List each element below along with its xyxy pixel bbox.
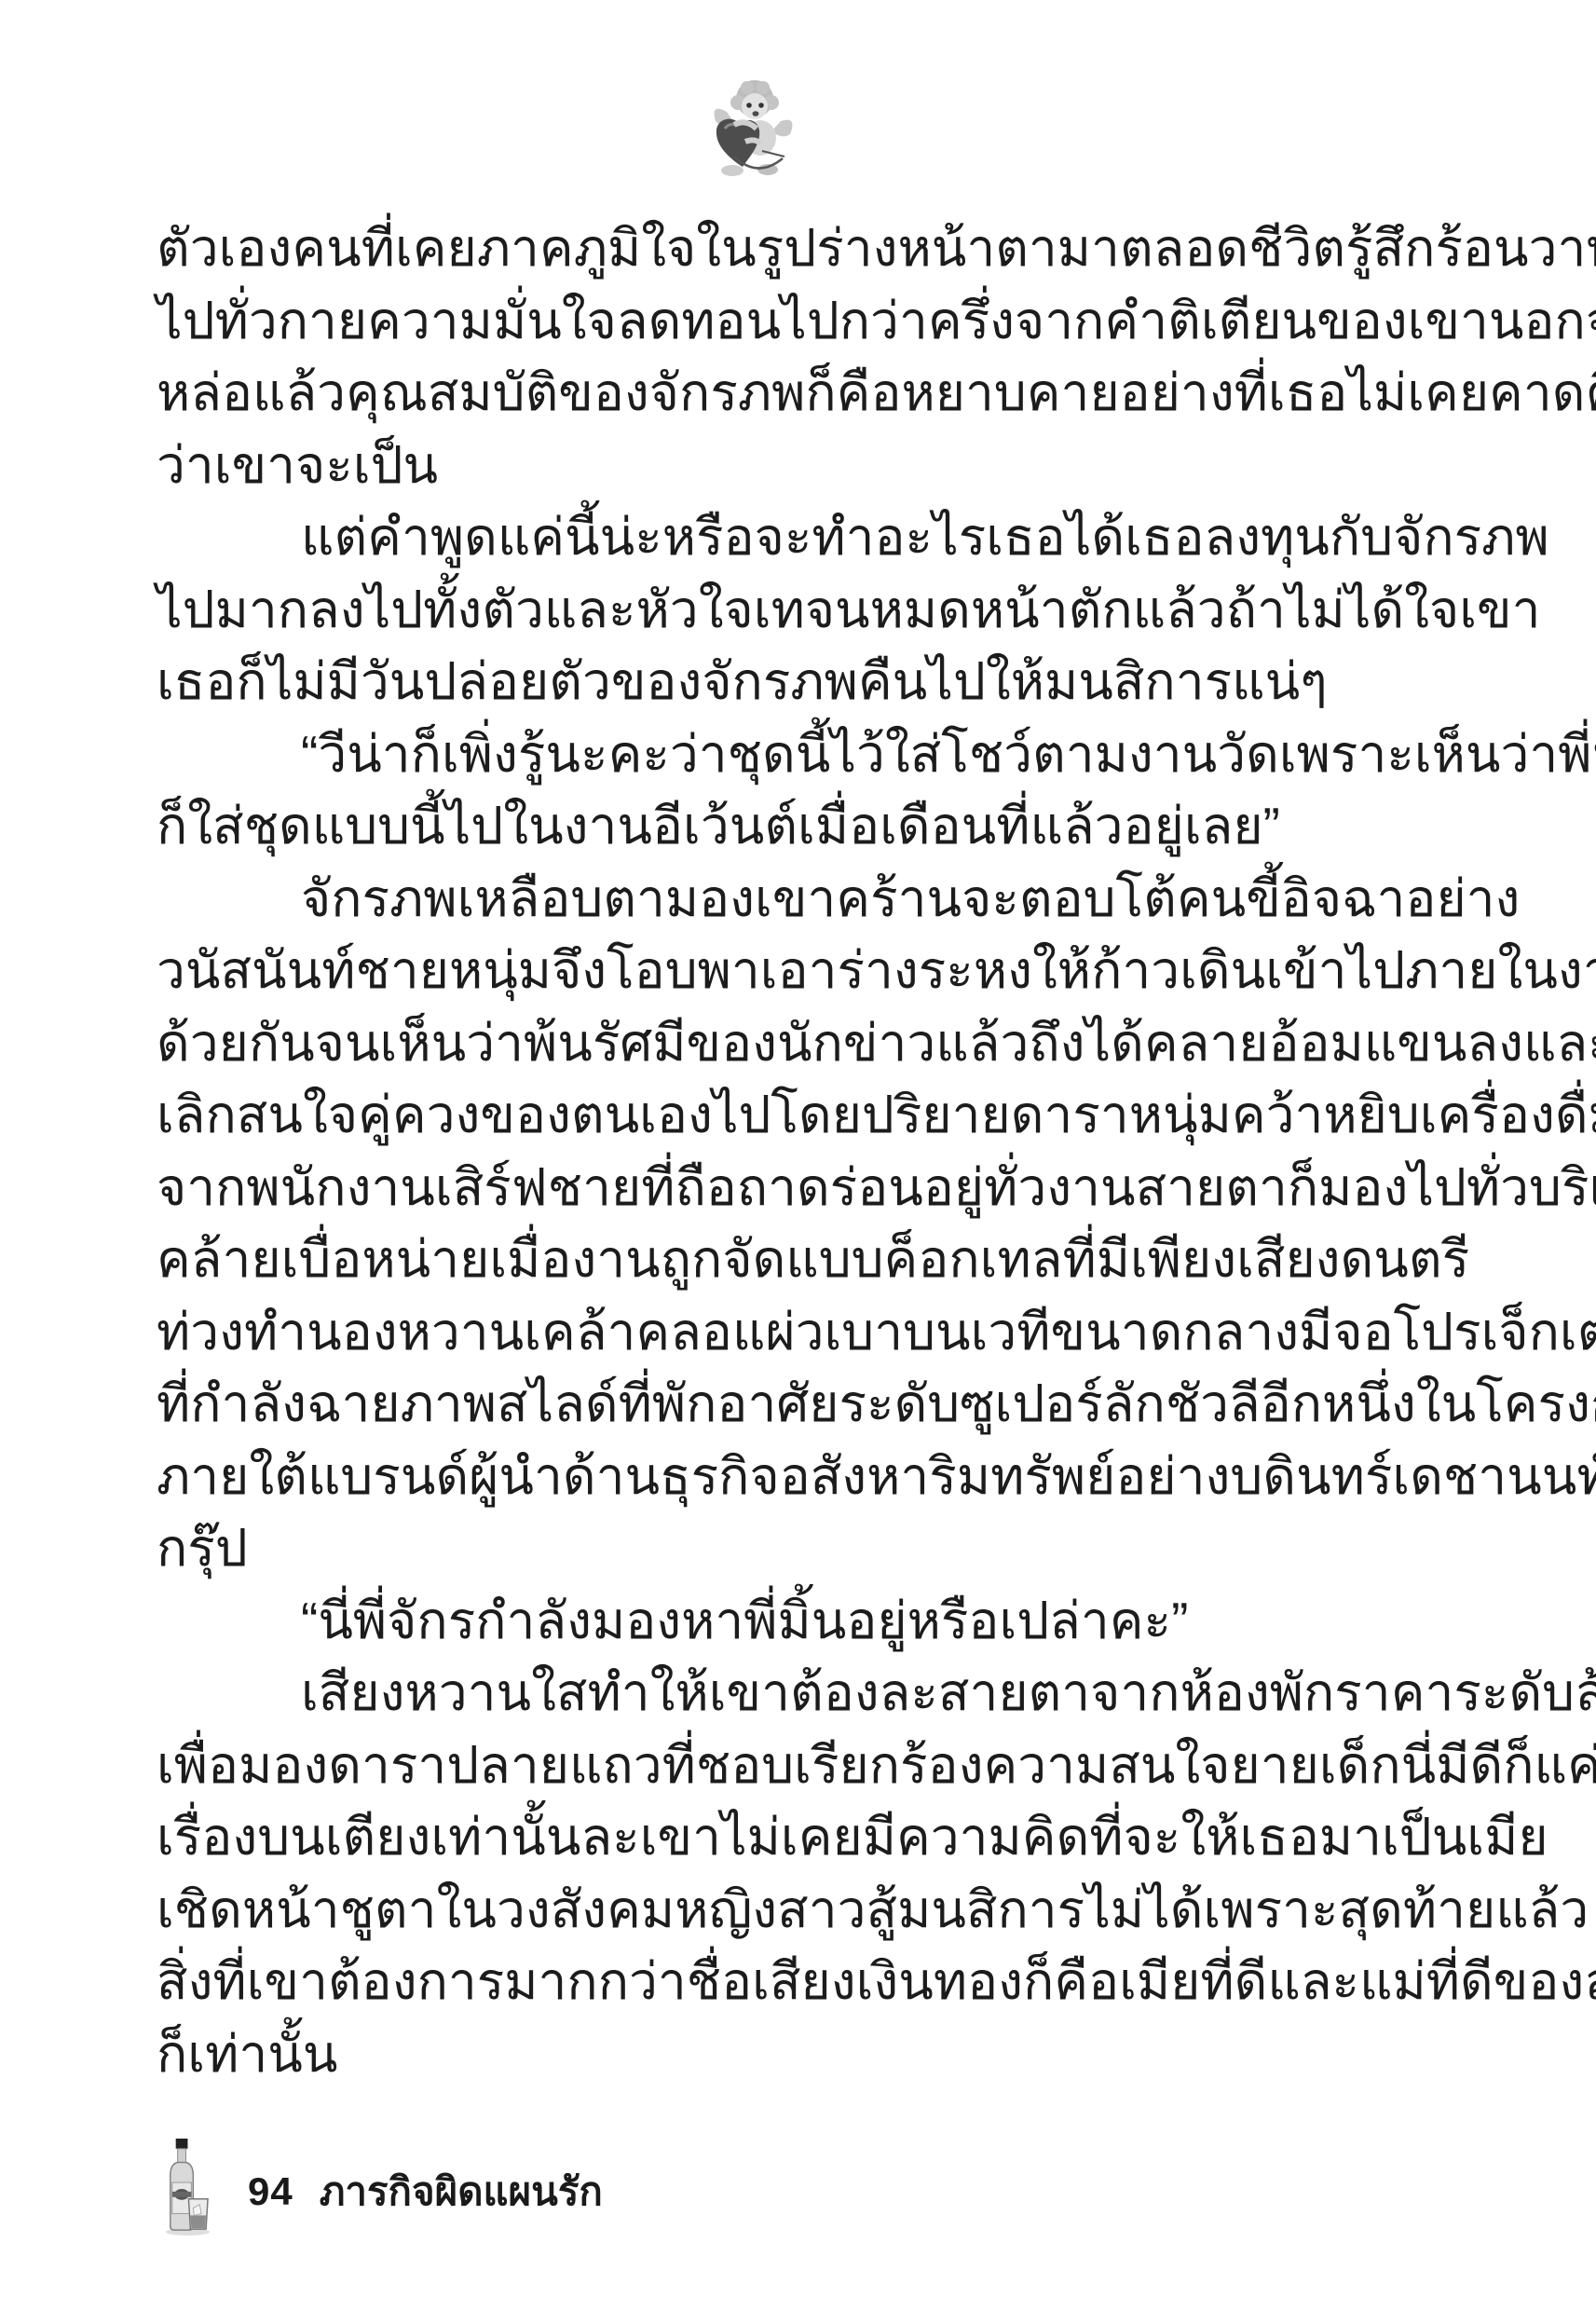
text-line: ด้วยกันจนเห็นว่าพ้นรัศมีของนักข่าวแล้วถึ… — [157, 1007, 1325, 1080]
text-line: เรื่องบนเตียงเท่านั้นละเขาไม่เคยมีความคิ… — [157, 1801, 1325, 1874]
text-segment: ที่มีเพียงเสียงดนตรี — [1062, 1224, 1469, 1296]
text-segment: ความมั่นใจลดทอนไปกว่าครึ่งจากคำติเตียนขอ… — [367, 285, 1489, 358]
bottle-glass-icon — [160, 2137, 211, 2237]
text-line: เสียงหวานใสทำให้เขาต้องละสายตาจากห้องพัก… — [157, 1657, 1325, 1730]
text-line: ไปทั่วกายความมั่นใจลดทอนไปกว่าครึ่งจากคำ… — [157, 285, 1325, 358]
text-segment: ตัวเอง — [157, 212, 292, 285]
text-segment: เธอลงทุนกับจักรภพ — [1125, 501, 1549, 574]
text-segment: คุณสมบัติของจักรภพก็คือหยาบคายอย่างที่เธ… — [346, 357, 1596, 430]
text-segment: หล่อแล้ว — [157, 357, 346, 430]
footer-text: 94 ภารกิจผิดแผนรัก — [248, 2161, 603, 2222]
text-segment: “วีน่าก็เพิ่งรู้นะคะว่าชุดนี้ไว้ใส่โชว์ต… — [301, 718, 1279, 791]
text-segment: แต่คำพูดแค่นี้น่ะหรือจะทำอะไรเธอได้ — [301, 501, 1125, 574]
text-line: ท่วงทำนองหวานเคล้าคลอแผ่วเบาบนเวทีขนาดกล… — [157, 1296, 1325, 1369]
text-segment: จากพนักงานเสิร์ฟชายที่ถือถาดร่อนอยู่ทั่ว… — [157, 1152, 1136, 1224]
text-segment: เมื่องานถูกจัดแบบค็อกเทล — [489, 1224, 1062, 1296]
text-segment: นอกจาก — [1489, 285, 1596, 358]
book-title: ภารกิจผิดแผนรัก — [320, 2161, 603, 2222]
text-segment: เชิดหน้าชูตาในวงสังคม — [157, 1874, 675, 1947]
text-line: เพื่อมองดาราปลายแถวที่ชอบเรียกร้องความสน… — [157, 1730, 1325, 1802]
body-text: ตัวเองคนที่เคยภาคภูมิใจในรูปร่างหน้าตามา… — [157, 212, 1325, 2090]
text-line: สิ่งที่เขาต้องการมากกว่าชื่อเสียงเงินทอง… — [157, 1946, 1325, 2018]
text-segment: เทจนหมดหน้าตักแล้ว — [754, 574, 1226, 647]
text-segment: หญิงสาวสู้มนสิการไม่ได้ — [675, 1874, 1203, 1947]
text-line: ไปมากลงไปทั้งตัวและหัวใจเทจนหมดหน้าตักแล… — [157, 574, 1325, 647]
text-segment: ไปทั่วกาย — [157, 285, 367, 358]
text-line: เชิดหน้าชูตาในวงสังคมหญิงสาวสู้มนสิการไม… — [157, 1874, 1325, 1947]
text-line: หล่อแล้วคุณสมบัติของจักรภพก็คือหยาบคายอย… — [157, 357, 1325, 430]
text-segment: ชายหนุ่มจึงโอบพาเอาร่างระหงให้ก้าวเดินเข… — [356, 935, 1596, 1007]
text-segment: ลงไปทั้งตัวและหัวใจ — [308, 574, 754, 647]
text-segment: เขาคร้านจะตอบโต้คนขี้อิจฉาอย่าง — [755, 863, 1520, 936]
text-line: จากพนักงานเสิร์ฟชายที่ถือถาดร่อนอยู่ทั่ว… — [157, 1152, 1325, 1224]
text-segment: สิ่งที่เขาต้องการมากกว่าชื่อเสียงเงินทอง… — [157, 1946, 1267, 2018]
text-segment: และแม่ที่ดีของลูก — [1267, 1946, 1596, 2018]
text-line: กรุ๊ป — [157, 1512, 1325, 1585]
page-footer: 94 ภารกิจผิดแผนรัก — [160, 2137, 603, 2237]
text-segment: และ — [1523, 1007, 1596, 1080]
text-line: เธอก็ไม่มีวันปล่อยตัวของจักรภพคืนไปให้มน… — [157, 646, 1325, 718]
text-segment: ดาราหนุ่มคว้าหยิบเครื่องดื่ม — [1011, 1079, 1596, 1152]
text-segment: จักรภพเหลือบตามอง — [301, 863, 755, 936]
text-segment: คนที่เคยภาคภูมิใจในรูปร่างหน้าตามาตลอดชี… — [292, 212, 1596, 285]
text-segment: บนเวทีขนาดกลางมีจอโปรเจ็กเตอร์ — [903, 1296, 1596, 1369]
text-line: ก็เท่านั้น — [157, 2018, 1325, 2091]
text-line: ที่กำลังฉายภาพสไลด์ที่พักอาศัยระดับซูเปอ… — [157, 1368, 1325, 1441]
text-segment: เรื่องบนเตียงเท่านั้นละ — [157, 1801, 640, 1874]
text-line: แต่คำพูดแค่นี้น่ะหรือจะทำอะไรเธอได้เธอลง… — [157, 501, 1325, 574]
text-segment: สายตาก็มองไปทั่วบริเวณ — [1136, 1152, 1596, 1224]
book-page: ตัวเองคนที่เคยภาคภูมิใจในรูปร่างหน้าตามา… — [0, 0, 1596, 2311]
text-segment: คล้ายเบื่อหน่าย — [157, 1224, 489, 1296]
text-line: จักรภพเหลือบตามองเขาคร้านจะตอบโต้คนขี้อิ… — [157, 863, 1325, 936]
text-segment: ยายเด็กนี่มีดีก็แค่ — [1231, 1730, 1596, 1802]
text-segment: วนัสนันท์ — [157, 935, 356, 1007]
text-line: “นี่พี่จักรกำลังมองหาพี่มิ้นอยู่หรือเปล่… — [157, 1585, 1325, 1658]
text-line: คล้ายเบื่อหน่ายเมื่องานถูกจัดแบบค็อกเทลท… — [157, 1224, 1325, 1296]
text-line: ว่าเขาจะเป็น — [157, 430, 1325, 502]
text-segment: เลิกสนใจคู่ควงของตนเองไปโดยปริยาย — [157, 1079, 1011, 1152]
text-segment: เขาไม่เคยมีความคิดที่จะให้เธอมาเป็นเมีย — [640, 1801, 1548, 1874]
text-segment: ด้วยกัน — [157, 1007, 315, 1080]
page-number: 94 — [248, 2169, 293, 2214]
text-segment: เพราะสุดท้ายแล้ว — [1204, 1874, 1589, 1947]
text-line: ตัวเองคนที่เคยภาคภูมิใจในรูปร่างหน้าตามา… — [157, 212, 1325, 285]
text-line: “วีน่าก็เพิ่งรู้นะคะว่าชุดนี้ไว้ใส่โชว์ต… — [157, 718, 1325, 791]
text-segment: ถ้าไม่ได้ใจเขา — [1226, 574, 1541, 647]
text-line: ก็ใส่ชุดแบบนี้ไปในงานอีเว้นต์เมื่อเดือนท… — [157, 790, 1325, 863]
text-segment: ไปมาก — [157, 574, 308, 647]
text-line: วนัสนันท์ชายหนุ่มจึงโอบพาเอาร่างระหงให้ก… — [157, 935, 1325, 1007]
text-segment: ท่วงทำนองหวานเคล้าคลอแผ่วเบา — [157, 1296, 903, 1369]
text-segment: จนเห็นว่าพ้นรัศมีของนักข่าวแล้วถึงได้คลา… — [315, 1007, 1523, 1080]
cupid-heart-image — [704, 76, 801, 179]
text-line: ภายใต้แบรนด์ผู้นำด้านธุรกิจอสังหาริมทรัพ… — [157, 1441, 1325, 1513]
text-line: เลิกสนใจคู่ควงของตนเองไปโดยปริยายดาราหนุ… — [157, 1079, 1325, 1152]
text-segment: เพื่อมองดาราปลายแถวที่ชอบเรียกร้องความสน… — [157, 1730, 1231, 1802]
text-segment: เพราะเห็นว่าพี่มิ้น — [1279, 718, 1596, 791]
cupid-heart-graphic — [704, 76, 801, 179]
